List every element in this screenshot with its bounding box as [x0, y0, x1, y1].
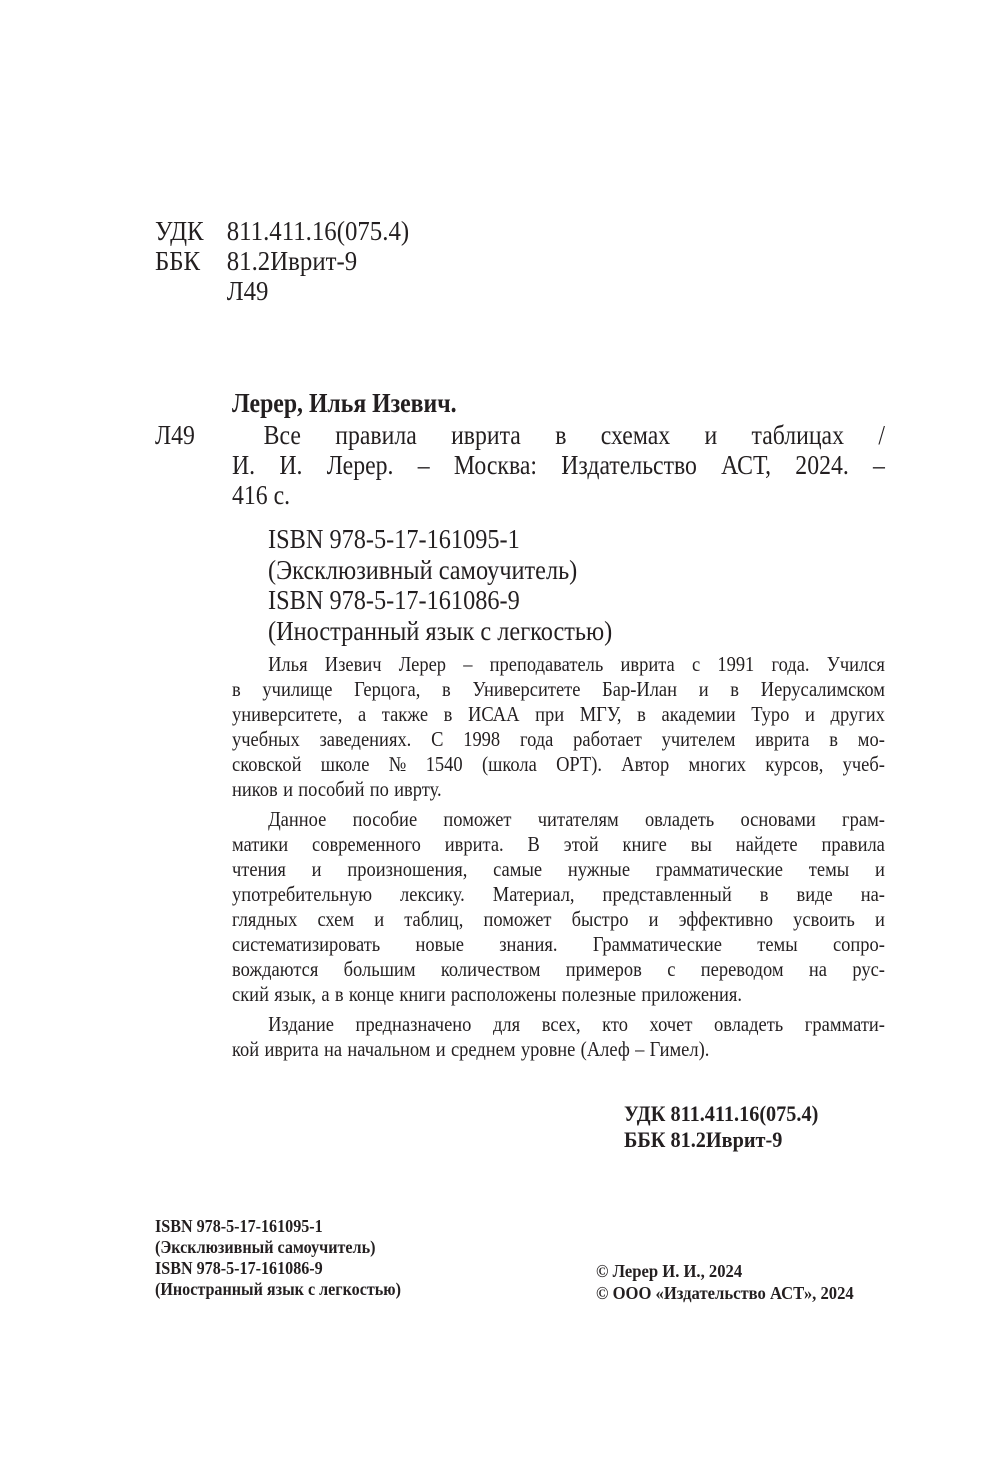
series-2: (Иностранный язык с легкостью)	[268, 616, 612, 647]
annotation-line: глядныхсхемитаблиц,поможетбыстроиэффекти…	[232, 907, 885, 932]
series-1: (Эксклюзивный самоучитель)	[268, 555, 612, 586]
annotation-paragraph: Данноепособиепоможетчитателямовладетьосн…	[232, 807, 885, 1007]
classification-block-bottom: УДК 811.411.16(075.4) ББК 81.2Иврит-9	[624, 1101, 818, 1153]
annotation-paragraph: Изданиепредназначенодлявсех,ктохочетовла…	[232, 1012, 885, 1062]
isbn-2: ISBN 978-5-17-161086-9	[268, 585, 612, 616]
isbn-bottom-1: ISBN 978-5-17-161095-1	[155, 1216, 401, 1237]
copyright-block: © Лерер И. И., 2024 © ООО «Издательство …	[596, 1261, 854, 1304]
title-line: 416 с.	[232, 480, 885, 510]
annotation-paragraph: ИльяИзевичЛерер–преподавательивритас1991…	[232, 652, 885, 802]
udk-row: УДК 811.411.16(075.4)	[155, 216, 409, 246]
copyright-publisher: © ООО «Издательство АСТ», 2024	[596, 1283, 854, 1305]
copyright-author: © Лерер И. И., 2024	[596, 1261, 854, 1283]
bbk-row: ББК 81.2Иврит-9	[155, 246, 409, 276]
bbk-value: 81.2Иврит-9	[227, 246, 357, 276]
annotation-line: университете,атакжевИСААприМГУ,вакадемии…	[232, 702, 885, 727]
annotation-line: сковскойшколе№1540(школаОРТ).Автормногих…	[232, 752, 885, 777]
bbk-bottom: ББК 81.2Иврит-9	[624, 1127, 818, 1153]
annotation-line: вождаютсябольшимколичествомпримеровспере…	[232, 957, 885, 982]
udk-label: УДК	[155, 216, 227, 246]
isbn-1: ISBN 978-5-17-161095-1	[268, 524, 612, 555]
annotation-line: вучилищеГерцога,вУниверситетеБар-ИланивИ…	[232, 677, 885, 702]
annotation-line: Данноепособиепоможетчитателямовладетьосн…	[232, 807, 885, 832]
annotation-line: никовипособийпоиврту.	[232, 777, 885, 802]
author-heading: Лерер, Илья Изевич.	[232, 388, 457, 418]
udk-value: 811.411.16(075.4)	[227, 216, 409, 246]
author-mark: Л49	[227, 276, 269, 306]
classification-block-top: УДК 811.411.16(075.4) ББК 81.2Иврит-9 Л4…	[155, 216, 409, 306]
isbn-bottom-2: ISBN 978-5-17-161086-9	[155, 1258, 401, 1279]
bbk-label: ББК	[155, 246, 227, 276]
isbn-block-bottom: ISBN 978-5-17-161095-1 (Эксклюзивный сам…	[155, 1216, 401, 1300]
call-number: Л49	[155, 420, 195, 450]
bibliographic-description: Всеправилаивритавсхемахитаблицах/И.И.Лер…	[232, 420, 885, 510]
udk-bottom: УДК 811.411.16(075.4)	[624, 1101, 818, 1127]
annotation: ИльяИзевичЛерер–преподавательивритас1991…	[232, 652, 885, 1062]
annotation-line: чтенияипроизношения,самыенужныеграмматич…	[232, 857, 885, 882]
isbn-block: ISBN 978-5-17-161095-1 (Эксклюзивный сам…	[268, 524, 612, 646]
annotation-line: матикисовременногоиврита.Вэтойкнигевынай…	[232, 832, 885, 857]
title-line: Всеправилаивритавсхемахитаблицах/	[232, 420, 885, 450]
series-bottom-1: (Эксклюзивный самоучитель)	[155, 1237, 401, 1258]
annotation-line: Изданиепредназначенодлявсех,ктохочетовла…	[232, 1012, 885, 1037]
annotation-line: ИльяИзевичЛерер–преподавательивритас1991…	[232, 652, 885, 677]
annotation-line: учебныхзаведениях.С1998годаработаетучите…	[232, 727, 885, 752]
annotation-line: употребительнуюлексику.Материал,представ…	[232, 882, 885, 907]
title-line: И.И.Лерер.–Москва:ИздательствоАСТ,2024.–	[232, 450, 885, 480]
annotation-line: койивритананачальномисреднемуровне(Алеф–…	[232, 1037, 885, 1062]
annotation-line: систематизироватьновыезнания.Грамматичес…	[232, 932, 885, 957]
series-bottom-2: (Иностранный язык с легкостью)	[155, 1279, 401, 1300]
annotation-line: скийязык,авконцекнигирасположеныполезные…	[232, 982, 885, 1007]
author-mark-row: Л49	[155, 276, 409, 306]
